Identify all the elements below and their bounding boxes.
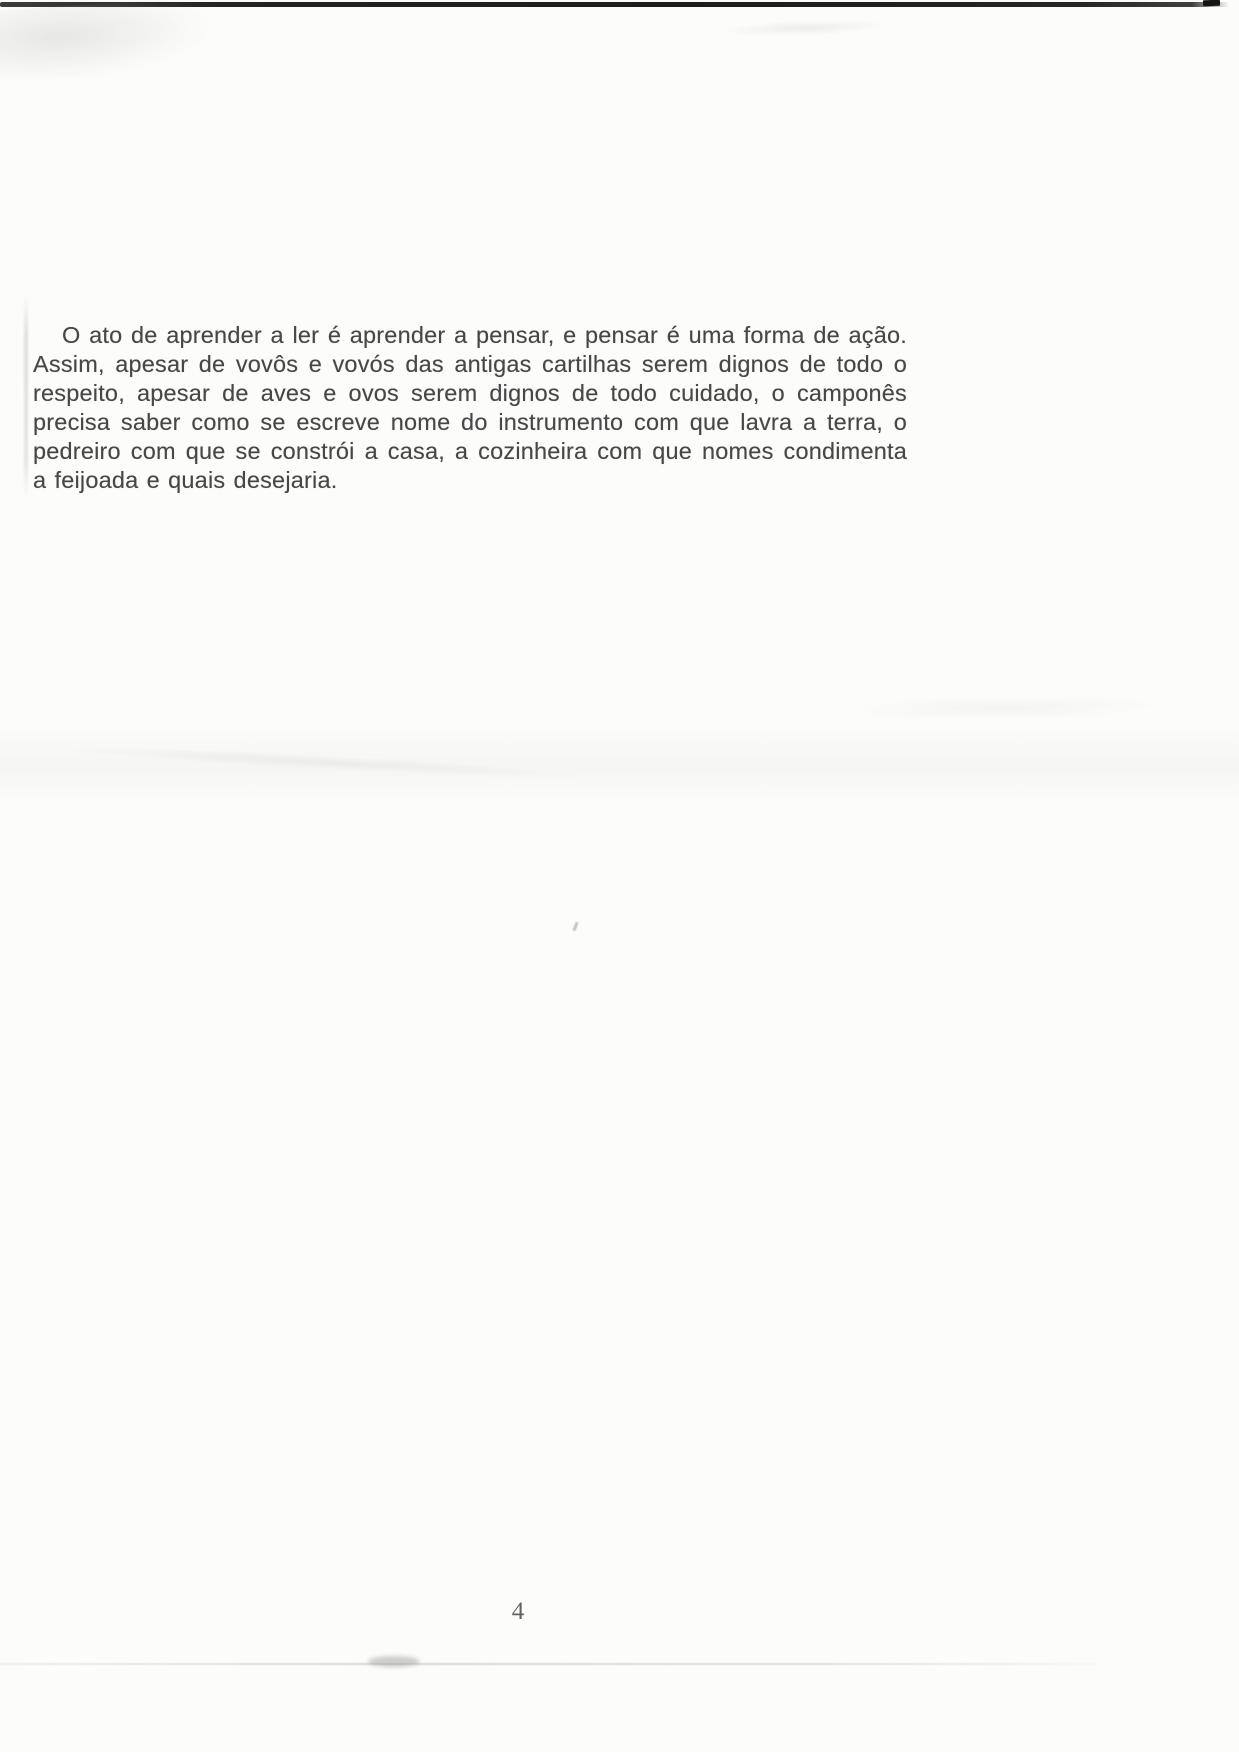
paragraph-line: pedreiro com que se constrói a casa, a c… bbox=[33, 437, 907, 466]
paragraph-line: Assim, apesar de vovôs e vovós das antig… bbox=[33, 350, 907, 379]
paragraph-line: precisa saber como se escreve nome do in… bbox=[33, 408, 907, 437]
paper-crease-bottom-line bbox=[0, 1663, 1095, 1665]
scan-smudge-right-middle bbox=[845, 692, 1165, 724]
scan-smudge-top-left bbox=[0, 0, 217, 87]
paragraph-line: a feijoada e quais desejaria. bbox=[33, 466, 907, 495]
page-number: 4 bbox=[468, 1598, 568, 1626]
paper-crease-bottom-smudge bbox=[368, 1656, 420, 1667]
body-paragraph: O ato de aprender a ler é aprender a pen… bbox=[33, 321, 907, 495]
paper-crease-left bbox=[24, 295, 28, 500]
paragraph-line: respeito, apesar de aves e ovos serem di… bbox=[33, 379, 907, 408]
paper-fold-crease-middle bbox=[0, 725, 1239, 800]
paragraph-line: O ato de aprender a ler é aprender a pen… bbox=[33, 321, 907, 350]
scan-speck-center bbox=[572, 922, 578, 931]
scan-top-edge-tick-mark bbox=[1203, 0, 1220, 6]
scan-smudge-top-middle bbox=[720, 17, 890, 39]
scanned-document-page: O ato de aprender a ler é aprender a pen… bbox=[0, 0, 1239, 1752]
